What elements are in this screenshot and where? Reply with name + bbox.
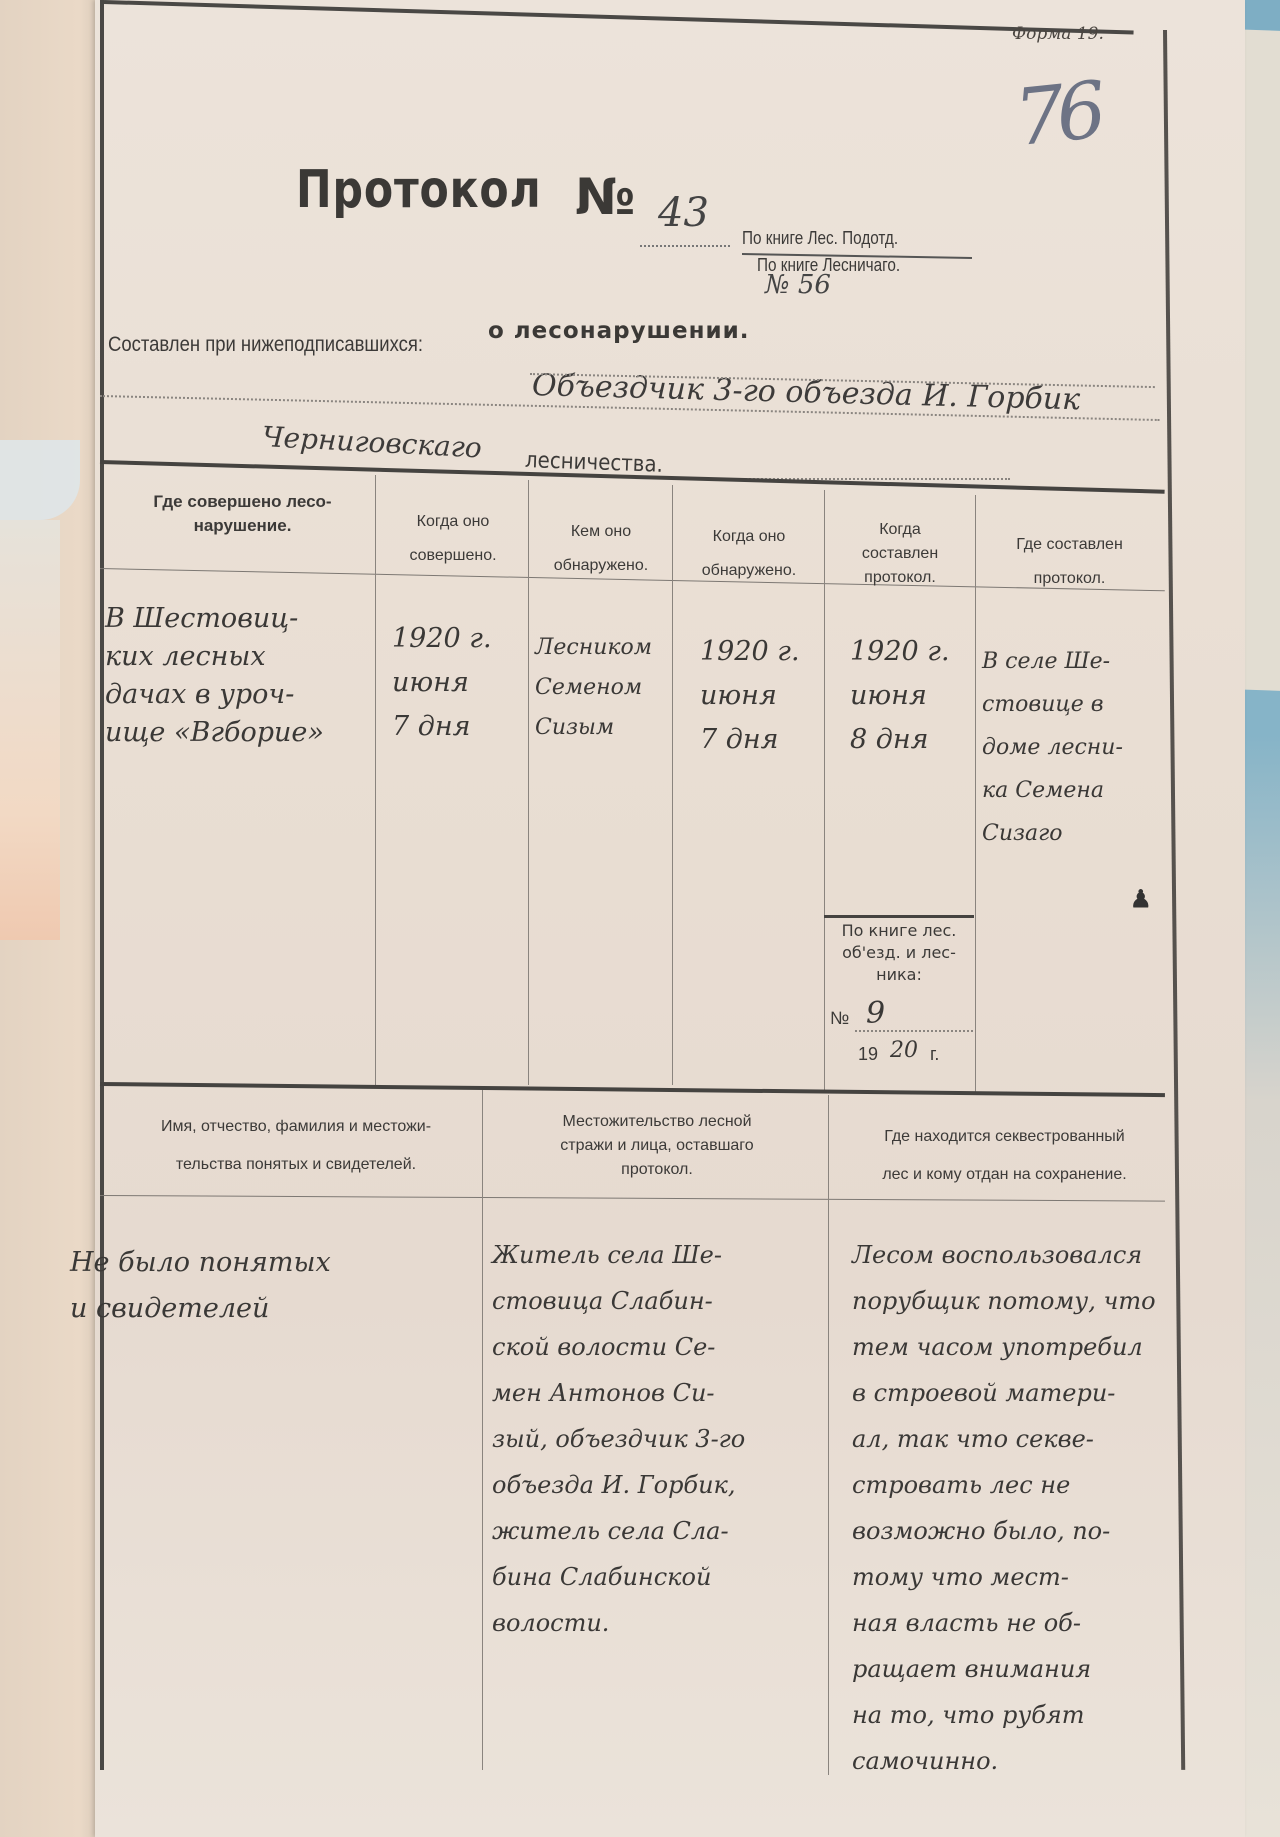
- table2-col-divider: [828, 1095, 829, 1775]
- cell-discovered-by: Лесником Семеном Сизым: [535, 628, 652, 748]
- table1-col-header: Когда оно совершено.: [378, 505, 528, 573]
- form-number: Форма 19.: [1012, 24, 1104, 44]
- book-box-year-prefix: 19: [858, 1044, 878, 1065]
- book-box-number-value: 9: [866, 996, 885, 1031]
- cell-sequestered: Лесом воспользовался порубщик потому, чт…: [852, 1232, 1156, 1784]
- book-box-number-label: №: [830, 1008, 849, 1029]
- table1-col-divider: [672, 485, 673, 1085]
- table2-col-header: Местожительство лесной стражи и лица, ос…: [486, 1110, 828, 1182]
- frame-border-left: [100, 0, 104, 1770]
- table1-col-divider: [375, 475, 376, 1085]
- archive-number: 76: [1011, 66, 1103, 164]
- book-box-label: По книге лес. об'езд. и лес- ника:: [824, 920, 974, 986]
- cell-when-composed: 1920 г. июня 8 дня: [850, 630, 950, 762]
- table1-col-header: Где составлен протокол.: [977, 528, 1162, 596]
- table1-col-header: Когда составлен протокол.: [826, 518, 974, 590]
- table1-col-header: Где совершено лесо- нарушение.: [110, 490, 375, 538]
- book-ref-forest-subdept: По книге Лес. Подотд.: [742, 228, 898, 249]
- cell-where-composed: В селе Ше- стовице в доме лесни- ка Семе…: [982, 640, 1123, 855]
- book-ref-value: № 56: [765, 270, 831, 300]
- background-paper-scraps: [0, 520, 60, 940]
- protocol-number: 43: [658, 190, 709, 236]
- table1-col-header: Когда оно обнаружено.: [674, 520, 824, 588]
- ink-mark: ♟: [1130, 885, 1152, 914]
- cell-where-committed: В Шестовиц- ких лесных дачах в уроч- ище…: [105, 600, 324, 752]
- book-box-year-suffix: г.: [930, 1044, 939, 1065]
- background-page-curl: [0, 440, 80, 520]
- table2-col-header: Имя, отчество, фамилия и местожи- тельст…: [110, 1108, 482, 1184]
- number-sign: №: [575, 168, 635, 226]
- composed-label: Составлен при нижеподписавшихся:: [108, 333, 423, 357]
- cell-when-discovered: 1920 г. июня 7 дня: [700, 630, 800, 762]
- document-title: Протокол: [296, 160, 542, 220]
- cell-residence: Житель села Ше- стовица Слабин- ской вол…: [492, 1232, 745, 1646]
- table1-col-divider: [528, 480, 529, 1085]
- table1-col-divider: [824, 490, 825, 1090]
- cell-witnesses: Не было понятых и свидетелей: [70, 1240, 331, 1332]
- cell-when-committed: 1920 г. июня 7 дня: [392, 617, 492, 749]
- table2-col-divider: [482, 1090, 483, 1770]
- table1-col-header: Кем оно обнаружено.: [530, 515, 672, 583]
- table2-col-header: Где находится секвестрованный лес и кому…: [832, 1118, 1177, 1194]
- document-subtitle: о лесонарушении.: [488, 318, 749, 344]
- book-box-year-value: 20: [890, 1038, 918, 1063]
- number-dotted-line: [640, 245, 730, 247]
- book-box-divider: [824, 915, 974, 918]
- table1-col-divider: [975, 495, 976, 1095]
